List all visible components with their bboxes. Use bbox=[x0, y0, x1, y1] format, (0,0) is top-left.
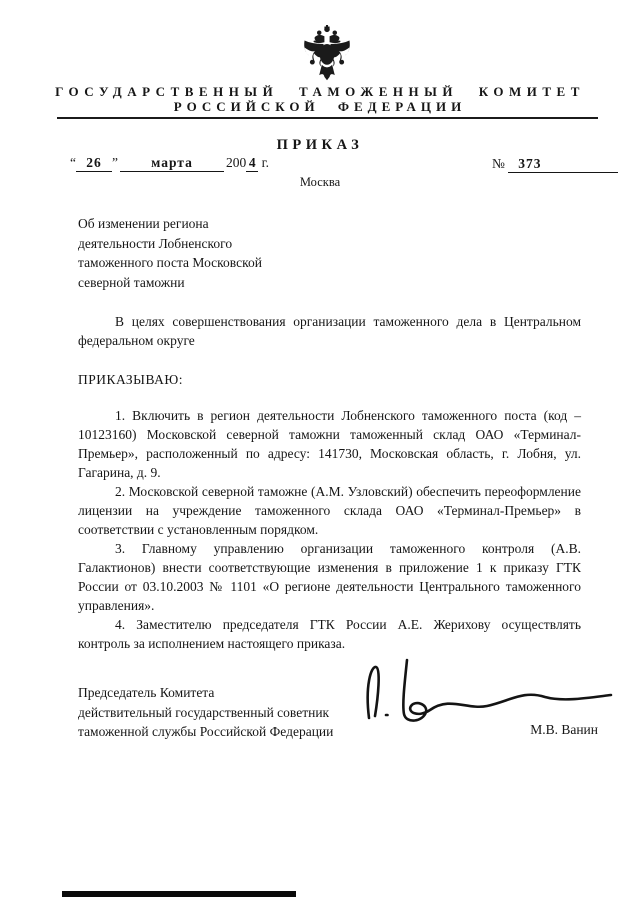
order-items: 1. Включить в регион деятельности Лобнен… bbox=[78, 406, 581, 653]
order-item-2: 2. Московской северной таможне (А.М. Узл… bbox=[78, 482, 581, 539]
document-title: ПРИКАЗ bbox=[0, 137, 640, 154]
date-year-digit: 4 bbox=[246, 155, 258, 172]
year-suffix: г. bbox=[258, 155, 269, 170]
order-item-1: 1. Включить в регион деятельности Лобнен… bbox=[78, 406, 581, 482]
subject-line: северной таможни bbox=[78, 273, 388, 293]
year-prefix: 200 bbox=[226, 155, 246, 170]
order-word: ПРИКАЗЫВАЮ: bbox=[78, 372, 183, 388]
signee-position-line: действительный государственный советник bbox=[78, 703, 333, 723]
org-name-line2: РОССИЙСКОЙ ФЕДЕРАЦИИ bbox=[0, 99, 640, 115]
close-quote: ” bbox=[112, 155, 118, 170]
signee-position-block: Председатель Комитета действительный гос… bbox=[78, 683, 333, 742]
subject-block: Об изменении региона деятельности Лобнен… bbox=[78, 214, 388, 292]
place-name: Москва bbox=[0, 175, 640, 190]
russian-coat-of-arms-icon bbox=[301, 25, 353, 82]
order-number-value: 373 bbox=[508, 156, 618, 173]
header-divider-rule bbox=[57, 117, 598, 119]
order-number-line: № 373 bbox=[492, 156, 618, 173]
scan-edge-artifact bbox=[62, 891, 296, 897]
number-sign: № bbox=[492, 156, 505, 171]
order-document-page: ГОСУДАРСТВЕННЫЙ ТАМОЖЕННЫЙ КОМИТЕТ РОССИ… bbox=[0, 0, 640, 900]
org-name-line1: ГОСУДАРСТВЕННЫЙ ТАМОЖЕННЫЙ КОМИТЕТ bbox=[0, 84, 640, 100]
order-item-4: 4. Заместителю председателя ГТК России А… bbox=[78, 615, 581, 653]
subject-line: таможенного поста Московской bbox=[78, 253, 388, 273]
date-line: “26”марта2004 г. bbox=[70, 155, 269, 172]
signee-position-line: таможенной службы Российской Федерации bbox=[78, 722, 333, 742]
signee-position-line: Председатель Комитета bbox=[78, 683, 333, 703]
order-item-3: 3. Главному управлению организации тамож… bbox=[78, 539, 581, 615]
date-day-value: 26 bbox=[76, 155, 112, 172]
date-month-value: марта bbox=[120, 155, 224, 172]
preamble-paragraph: В целях совершенствования организации та… bbox=[78, 312, 581, 350]
subject-line: Об изменении региона bbox=[78, 214, 388, 234]
subject-line: деятельности Лобненского bbox=[78, 234, 388, 254]
signee-name: М.В. Ванин bbox=[460, 722, 598, 738]
